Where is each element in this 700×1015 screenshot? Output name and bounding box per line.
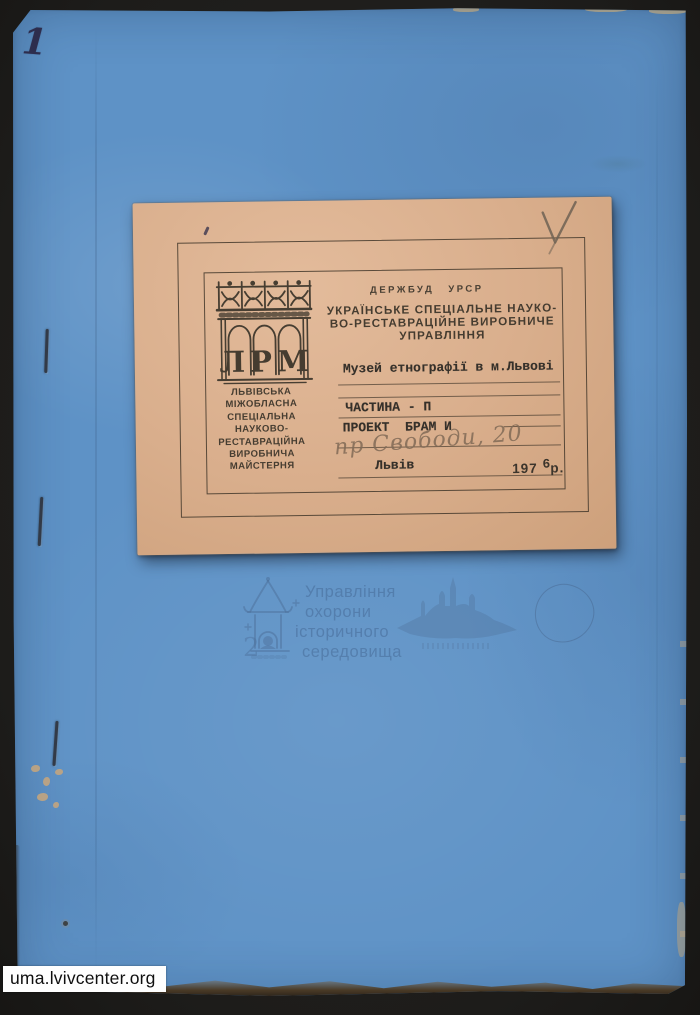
edge-speck	[677, 902, 686, 957]
year-line: 197 6р.	[500, 460, 564, 477]
workshop-name-block: ЛЬВІВСЬКА МІЖОБЛАСНА СПЕЦІАЛЬНА НАУКОВО-…	[201, 386, 322, 475]
pencil-circle-mark	[530, 579, 600, 649]
staple	[52, 721, 58, 766]
paper-hole	[63, 921, 68, 926]
paper-crease	[656, 67, 658, 947]
workshop-name-line: РЕСТАВРАЦІЙНА	[202, 435, 322, 449]
tower-emblem-icon: 2	[243, 575, 303, 671]
city-name: Львів	[375, 457, 414, 473]
page-number: 1	[21, 20, 49, 64]
edge-speck	[649, 7, 687, 14]
staple	[44, 329, 49, 373]
stamp-line: Управління	[295, 582, 402, 602]
logo-letters: ЛРМ	[219, 344, 314, 379]
edge-speck	[585, 6, 627, 12]
part-number: ЧАСТИНА - П	[345, 399, 431, 415]
stamp-line: охорони	[295, 602, 402, 622]
paper-crease	[95, 25, 97, 977]
city-skyline-icon	[397, 574, 517, 654]
stamp-line: історичного	[295, 622, 402, 642]
year-suffix: р.	[550, 460, 564, 475]
folder-cover: 1	[13, 7, 687, 998]
staple	[38, 497, 44, 546]
ink-bleed-smudge	[588, 155, 648, 173]
year-prefix: 197	[512, 461, 538, 476]
ink-mark	[203, 226, 209, 235]
administration-name-block: УКРАЇНСЬКЕ СПЕЦІАЛЬНЕ НАУКО- ВО-РЕСТАВРА…	[322, 301, 563, 343]
paper-damage-spot	[31, 765, 40, 772]
pencil-checkmark	[536, 198, 589, 257]
paper-damage-spot	[55, 769, 63, 775]
stamp-line: середовища	[295, 642, 402, 662]
paper-damage-spot	[43, 777, 50, 786]
scan-background: 1	[0, 0, 700, 1015]
workshop-name-line: МАЙСТЕРНЯ	[202, 460, 322, 474]
paper-damage-spot	[37, 793, 48, 801]
object-title: Музей етнографії в м.Львові	[343, 359, 554, 377]
cover-label: ЛРМ ЛЬВІВСЬКА МІЖОБЛАСНА СПЕЦІАЛЬНА НАУК…	[133, 197, 617, 556]
heritage-office-stamp: 2 Управління охорони історичного середов…	[235, 572, 535, 692]
paper-damage-spot	[53, 802, 59, 808]
site-watermark: uma.lvivcenter.org	[3, 966, 166, 992]
stamp-text: Управління охорони історичного середовищ…	[295, 582, 402, 662]
year-typed-digit: 6	[542, 457, 550, 472]
edge-speck	[453, 7, 479, 12]
stamp-number-2: 2	[243, 633, 260, 663]
lrm-workshop-logo: ЛРМ	[214, 279, 315, 386]
